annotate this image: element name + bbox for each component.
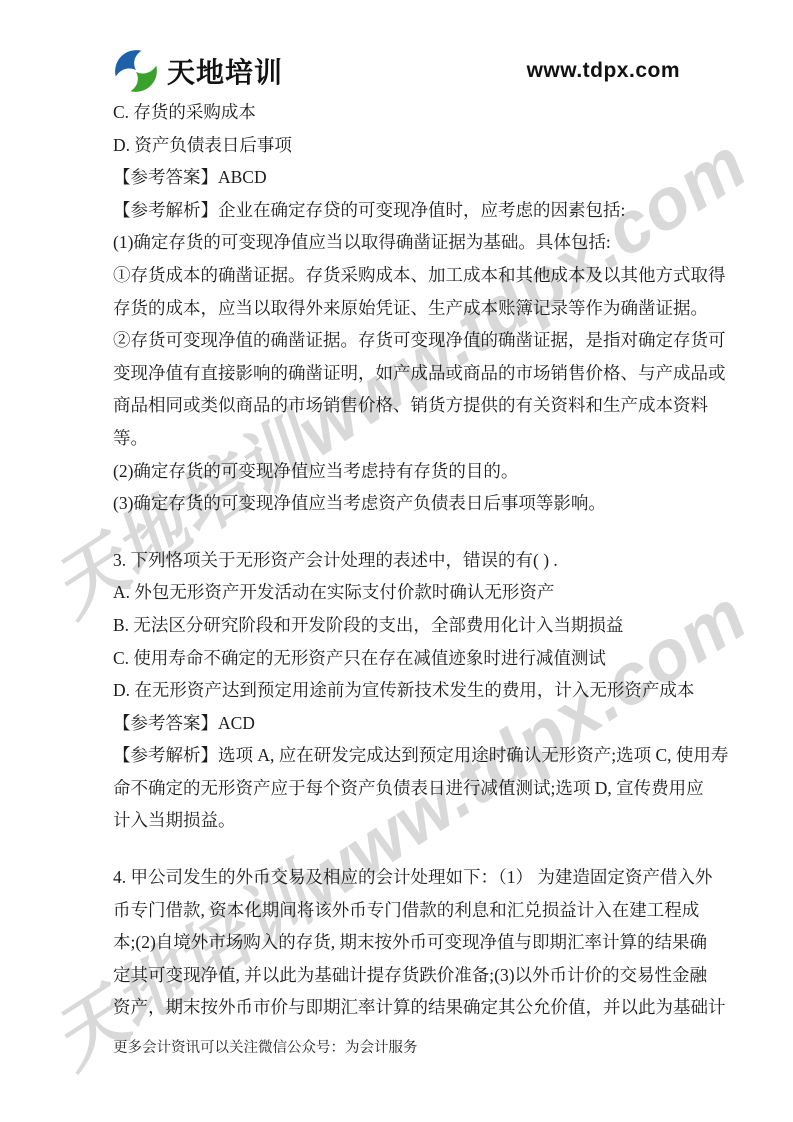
page-header: 天地培训 www.tdpx.com xyxy=(113,46,680,96)
q3-analysis-line-2: 命不确定的无形资产应于每个资产负债表日进行减值测试;选项 D, 宣传费用应 xyxy=(113,772,685,805)
q3-option-b: B. 无法区分研究阶段和开发阶段的支出，全部费用化计入当期损益 xyxy=(113,609,685,642)
q2-reference-answer: 【参考答案】ABCD xyxy=(113,161,685,194)
q4-stem-line-2: 币专门借款, 资本化期间将该外币专门借款的利息和汇兑损益计入在建工程成 xyxy=(113,894,685,927)
q3-reference-answer: 【参考答案】ACD xyxy=(113,707,685,740)
q3-option-c: C. 使用寿命不确定的无形资产只在存在减值迹象时进行减值测试 xyxy=(113,642,685,675)
q2-analysis-line-8: 等。 xyxy=(113,422,685,455)
website-url: www.tdpx.com xyxy=(527,59,680,83)
q4-stem-line-1: 4. 甲公司发生的外币交易及相应的会计处理如下：（1） 为建造固定资产借入外 xyxy=(113,861,685,894)
footer-note: 更多会计资讯可以关注微信公众号：为会计服务 xyxy=(113,1036,418,1057)
q2-analysis-line-6: 变现净值有直接影响的确凿证明，如产成品或商品的市场销售价格、与产成品或 xyxy=(113,357,685,390)
q4-stem-line-3: 本;(2)自境外市场购入的存货, 期末按外币可变现净值与即期汇率计算的结果确 xyxy=(113,926,685,959)
document-page: 天地培训www.tdpx.com 天地培训www.tdpx.com 天地培训 w… xyxy=(0,0,793,1122)
q2-analysis-line-9: (2)确定存货的可变现净值应当考虑持有存货的目的。 xyxy=(113,455,685,488)
brand-logo-text: 天地培训 xyxy=(167,51,283,91)
q2-option-c: C. 存货的采购成本 xyxy=(113,96,685,129)
q4-stem-line-5: 资产，期末按外币市价与即期汇率计算的结果确定其公允价值，并以此为基础计 xyxy=(113,991,685,1024)
q2-analysis-line-10: (3)确定存货的可变现净值应当考虑资产负债表日后事项等影响。 xyxy=(113,487,685,520)
q3-stem: 3. 下列恪项关于无形资产会计处理的表述中，错误的有( ) . xyxy=(113,544,685,577)
q3-analysis-line-3: 计入当期损益。 xyxy=(113,804,685,837)
brand-logo: 天地培训 xyxy=(113,48,283,94)
q2-analysis-line-5: ②存货可变现净值的确凿证据。存货可变现净值的确凿证据，是指对确定存货可 xyxy=(113,324,685,357)
q3-option-d: D. 在无形资产达到预定用途前为宣传新技术发生的费用，计入无形资产成本 xyxy=(113,674,685,707)
q3-option-a: A. 外包无形资产开发活动在实际支付价款时确认无形资产 xyxy=(113,576,685,609)
q2-analysis-line-3: ①存货成本的确凿证据。存货采购成本、加工成本和其他成本及以其他方式取得 xyxy=(113,259,685,292)
q2-option-d: D. 资产负债表日后事项 xyxy=(113,129,685,162)
q2-analysis-line-1: 【参考解析】企业在确定存贷的可变现净值时，应考虑的因素包括: xyxy=(113,194,685,227)
q2-analysis-line-7: 商品相同或类似商品的市场销售价格、销货方提供的有关资料和生产成本资料 xyxy=(113,389,685,422)
q4-stem-line-4: 定其可变现净值, 并以此为基础计提存货跌价准备;(3)以外币计价的交易性金融 xyxy=(113,959,685,992)
q3-analysis-line-1: 【参考解析】选项 A, 应在研发完成达到预定用途时确认无形资产;选项 C, 使用… xyxy=(113,739,685,772)
q2-analysis-line-4: 存货的成本，应当以取得外来原始凭证、生产成本账簿记录等作为确凿证据。 xyxy=(113,292,685,325)
swoosh-globe-icon xyxy=(113,48,159,94)
q2-analysis-line-2: (1)确定存货的可变现净值应当以取得确凿证据为基础。具体包括: xyxy=(113,226,685,259)
document-body: C. 存货的采购成本 D. 资产负债表日后事项 【参考答案】ABCD 【参考解析… xyxy=(113,96,685,1024)
